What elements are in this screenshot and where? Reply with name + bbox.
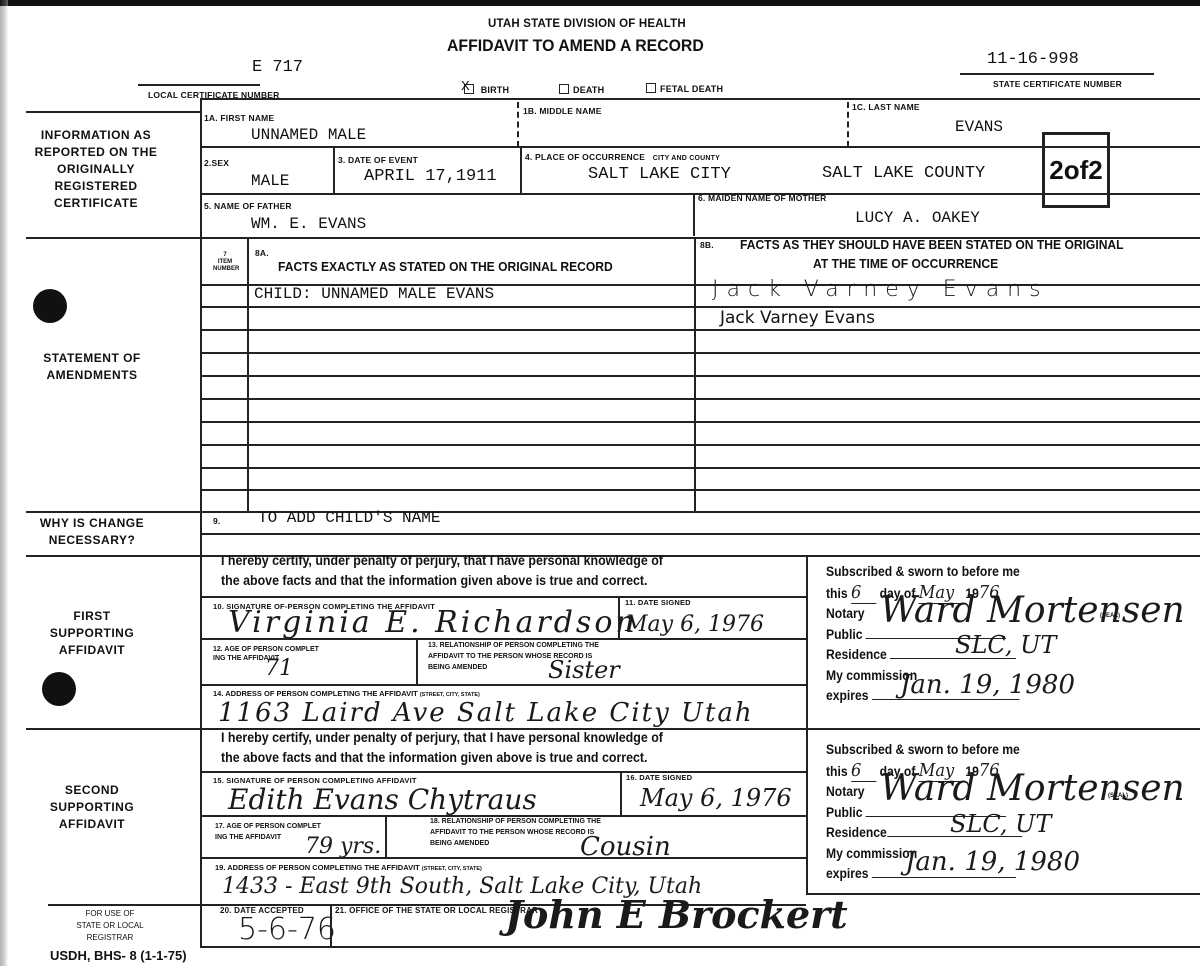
certification-text-1: I hereby certify, under penalty of perju…	[221, 730, 663, 745]
document-title: AFFIDAVIT TO AMEND A RECORD	[447, 36, 704, 56]
amendment-corrected-row-1: Jack Varney Evans	[712, 277, 1049, 302]
date-signed-first: May 6, 1976	[625, 612, 764, 637]
date-signed-label-16: 16. DATE SIGNED	[626, 773, 692, 782]
certification-text-2: the above facts and that the information…	[221, 750, 648, 765]
signature-first-affiant: Virginia E. Richardson	[228, 605, 638, 640]
commission-expires-second: Jan. 19, 1980	[905, 847, 1080, 877]
amendment-corrected-row-2: Jack Varney Evans	[720, 308, 875, 328]
section-label-registrar: FOR USE OFSTATE OR LOCALREGISTRAR	[50, 908, 170, 944]
section-label-amendments: STATEMENT OF AMENDMENTS	[30, 350, 154, 384]
place-of-occurrence-label: 4. PLACE OF OCCURRENCE CITY AND COUNTY	[525, 152, 720, 162]
section-label-original-info: INFORMATION AS REPORTED ON THE ORIGINALL…	[30, 127, 162, 212]
punch-hole	[42, 672, 76, 706]
notary-residence-second: SLC, UT	[950, 810, 1051, 838]
checkbox-empty-icon	[559, 84, 569, 94]
sex-label: 2.SEX	[204, 158, 229, 168]
relationship-label-18: 18. RELATIONSHIP OF PERSON COMPLETING TH…	[430, 816, 601, 849]
notary-signature-second: Ward Mortensen	[880, 768, 1185, 809]
date-signed-second: May 6, 1976	[640, 784, 792, 812]
checkbox-checked-icon: X	[464, 84, 474, 94]
state-certificate-label: STATE CERTIFICATE NUMBER	[993, 79, 1122, 89]
county-value: SALT LAKE COUNTY	[822, 164, 985, 183]
col-8a-header: FACTS EXACTLY AS STATED ON THE ORIGINAL …	[278, 259, 613, 274]
scan-top-edge	[0, 0, 1200, 6]
checkbox-fetal-death[interactable]: FETAL DEATH	[646, 83, 723, 94]
age-second: 79 yrs.	[305, 834, 381, 859]
age-first: 71	[265, 656, 293, 681]
date-accepted-value: 5-6-76	[238, 912, 336, 947]
checkbox-empty-icon	[646, 83, 656, 93]
first-name-value: UNNAMED MALE	[251, 126, 366, 144]
amendment-original-row-1: CHILD: UNNAMED MALE EVANS	[254, 285, 494, 303]
father-value: WM. E. EVANS	[251, 215, 366, 233]
col-8b-number: 8B.	[700, 240, 714, 250]
relationship-first: Sister	[548, 656, 620, 684]
certification-text-1: I hereby certify, under penalty of perju…	[221, 553, 663, 568]
state-certificate-number: 11-16-998	[987, 50, 1079, 69]
seal-label-first: (SEAL)	[1100, 613, 1120, 619]
date-of-event-label: 3. DATE OF EVENT	[338, 155, 418, 165]
reason-value: TO ADD CHILD'S NAME	[258, 509, 440, 527]
middle-name-label: 1B. MIDDLE NAME	[523, 106, 602, 116]
mother-label: 6. MAIDEN NAME OF MOTHER	[698, 193, 827, 203]
reason-number: 9.	[213, 516, 221, 526]
date-of-event-value: APRIL 17,1911	[364, 167, 497, 186]
registrar-signature: John E Brockert	[505, 892, 848, 937]
section-label-first-affidavit: FIRST SUPPORTING AFFIDAVIT	[30, 608, 154, 659]
last-name-value: EVANS	[955, 118, 1003, 136]
section-label-why-change: WHY IS CHANGE NECESSARY?	[30, 515, 154, 549]
address-first: 1163 Laird Ave Salt Lake City Utah	[218, 698, 754, 728]
birth-label: BIRTH	[481, 85, 510, 95]
notary-signature-first: Ward Mortensen	[880, 590, 1185, 631]
item-number-label: 7ITEM NUMBER	[213, 252, 237, 273]
mother-value: LUCY A. OAKEY	[855, 209, 980, 227]
address-label-19: 19. ADDRESS OF PERSON COMPLETING THE AFF…	[215, 863, 482, 872]
local-certificate-number: E 717	[252, 58, 303, 77]
address-label-14: 14. ADDRESS OF PERSON COMPLETING THE AFF…	[213, 689, 480, 698]
section-label-second-affidavit: SECOND SUPPORTING AFFIDAVIT	[30, 782, 154, 833]
form-identifier: USDH, BHS- 8 (1-1-75)	[50, 948, 187, 963]
page-stamp: 2of2	[1042, 132, 1110, 208]
col-8b-header-line2: AT THE TIME OF OCCURRENCE	[813, 256, 998, 271]
sex-value: MALE	[251, 172, 289, 190]
father-label: 5. NAME OF FATHER	[204, 201, 292, 211]
notary-residence-first: SLC, UT	[955, 631, 1056, 659]
signature-second-affiant: Edith Evans Chytraus	[228, 783, 537, 816]
col-8b-header-line1: FACTS AS THEY SHOULD HAVE BEEN STATED ON…	[740, 237, 1124, 252]
punch-hole	[33, 289, 67, 323]
last-name-label: 1C. LAST NAME	[852, 102, 920, 112]
checkbox-birth[interactable]: X BIRTH	[464, 84, 509, 95]
commission-expires-first: Jan. 19, 1980	[900, 670, 1075, 700]
first-name-label: 1A. FIRST NAME	[204, 113, 274, 123]
city-value: SALT LAKE CITY	[588, 165, 731, 184]
agency-name: UTAH STATE DIVISION OF HEALTH	[488, 18, 686, 30]
seal-label-second: (SEAL)	[1108, 793, 1128, 799]
death-label: DEATH	[573, 85, 604, 95]
checkbox-death[interactable]: DEATH	[559, 84, 604, 95]
col-8a-number: 8A.	[255, 248, 269, 258]
date-signed-label-11: 11. DATE SIGNED	[625, 598, 691, 607]
fetal-death-label: FETAL DEATH	[660, 84, 723, 94]
certification-text-2: the above facts and that the information…	[221, 573, 648, 588]
scan-left-edge	[0, 0, 8, 966]
